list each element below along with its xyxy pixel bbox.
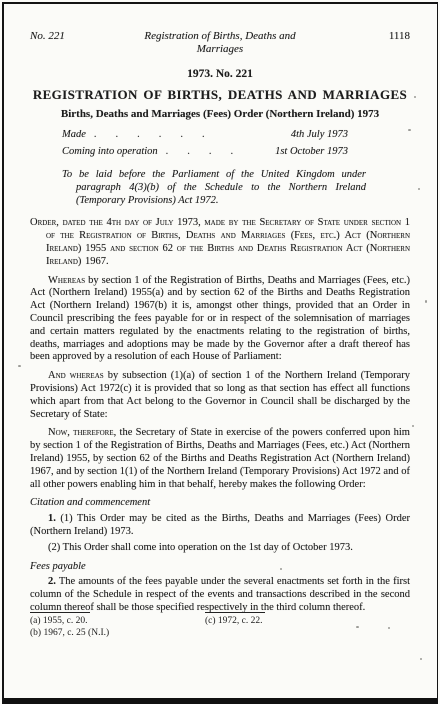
scan-speckle <box>418 188 420 190</box>
operation-label: Coming into operation <box>62 146 158 159</box>
section-heading-fees: Fees payable <box>30 561 410 574</box>
footnote-c: (c) 1972, c. 22. <box>205 616 410 628</box>
footnotes-left-column: (a) 1955, c. 20. (b) 1967, c. 25 (N.I.) <box>30 612 205 639</box>
footnote-b: (b) 1967, c. 25 (N.I.) <box>30 628 205 640</box>
whereas-lead: Whereas <box>48 275 85 286</box>
si-number: 1973. No. 221 <box>30 68 410 81</box>
laid-before-parliament-note: To be laid before the Parliament of the … <box>62 169 366 207</box>
scan-speckle <box>388 627 390 629</box>
paragraph-text: (1) This Order may be cited as the Birth… <box>30 513 410 537</box>
footnotes-block: (a) 1955, c. 20. (b) 1967, c. 25 (N.I.) … <box>30 612 410 639</box>
scan-speckle <box>425 300 427 303</box>
scan-speckle <box>412 425 414 427</box>
footnote-a: (a) 1955, c. 20. <box>30 616 205 628</box>
dot-leaders: ...... <box>86 129 291 142</box>
and-whereas-paragraph: And whereas by subsection (1)(a) of sect… <box>30 370 410 421</box>
paragraph-text: The amounts of the fees payable under th… <box>30 576 410 613</box>
section-number: 1. <box>48 513 56 524</box>
scan-speckle <box>420 658 422 660</box>
made-date-row: Made ...... 4th July 1973 <box>62 129 348 146</box>
scan-speckle <box>414 96 416 98</box>
section-2-paragraph-1: 2. The amounts of the fees payable under… <box>30 576 410 614</box>
now-therefore-lead: Now, therefore, <box>48 427 116 438</box>
whereas-text: by section 1 of the Registration of Birt… <box>30 275 410 363</box>
operation-date: 1st October 1973 <box>275 146 348 159</box>
main-title: REGISTRATION OF BIRTHS, DEATHS AND MARRI… <box>30 89 410 102</box>
footnote-rule <box>30 612 90 613</box>
whereas-paragraph: Whereas by section 1 of the Registration… <box>30 275 410 365</box>
scan-speckle <box>408 129 411 131</box>
made-date: 4th July 1973 <box>291 129 348 142</box>
running-title: Registration of Births, Deaths and Marri… <box>120 30 320 56</box>
scan-speckle <box>18 365 21 367</box>
section-1-paragraph-2: (2) This Order shall come into operation… <box>30 542 410 555</box>
running-header: No. 221 Registration of Births, Deaths a… <box>30 30 410 56</box>
and-whereas-lead: And whereas <box>48 370 104 381</box>
order-recital: Order, dated the 4th day of July 1973, m… <box>30 217 410 268</box>
page-number: 1118 <box>320 30 410 43</box>
now-therefore-paragraph: Now, therefore, the Secretary of State i… <box>30 427 410 491</box>
document-number: No. 221 <box>30 30 120 43</box>
scan-speckle <box>356 626 359 628</box>
dot-leaders: .... <box>158 146 275 159</box>
footnote-rule <box>205 612 265 613</box>
order-subtitle: Births, Deaths and Marriages (Fees) Orde… <box>30 108 410 121</box>
section-heading-citation: Citation and commencement <box>30 497 410 510</box>
scan-speckle <box>280 568 282 570</box>
section-1-paragraph-1: 1. (1) This Order may be cited as the Bi… <box>30 513 410 539</box>
scanned-document-page: No. 221 Registration of Births, Deaths a… <box>0 0 440 704</box>
made-label: Made <box>62 129 86 142</box>
footnotes-right-column: (c) 1972, c. 22. <box>205 612 410 639</box>
operation-date-row: Coming into operation .... 1st October 1… <box>62 146 348 163</box>
page-content: No. 221 Registration of Births, Deaths a… <box>30 30 410 615</box>
dates-block: Made ...... 4th July 1973 Coming into op… <box>62 129 348 163</box>
paragraph-text: (2) This Order shall come into operation… <box>48 542 353 553</box>
section-number: 2. <box>48 576 56 587</box>
